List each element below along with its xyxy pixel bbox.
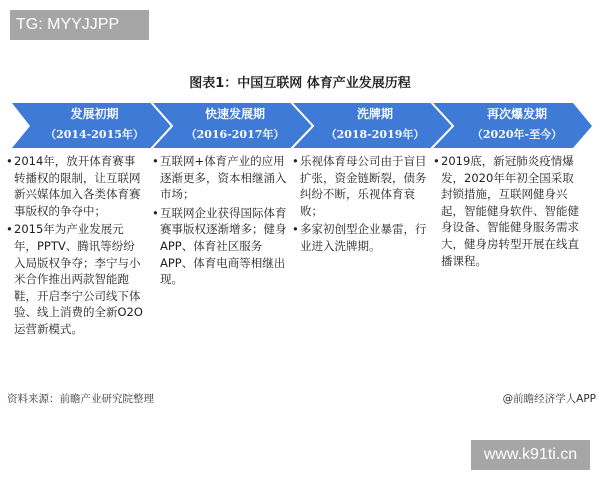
bullet-icon: • xyxy=(292,221,299,238)
bullet-text: 2015年为产业发展元年，PPTV、腾讯等纷纷入局版权争夺；李宁与小米合作推出两… xyxy=(14,222,143,336)
bullet-text: 多家初创型企业暴雷，行业进入洗牌期。 xyxy=(300,222,427,253)
phase-4-details: • 2019底，新冠肺炎疫情爆发，2020年年初全国采取封锁措施，互联网健身兴起… xyxy=(433,153,583,271)
bullet-icon: • xyxy=(292,153,299,170)
data-source-note: 资料来源：前瞻产业研究院整理 xyxy=(7,391,154,406)
top-left-tag: TG: MYYJJPP xyxy=(10,10,149,40)
phase-years: （2014-2015年） xyxy=(22,127,167,143)
phase-header-1: 发展初期 （2014-2015年） xyxy=(22,103,167,148)
bullet-item: • 互联网+体育产业的应用逐渐更多，资本相继涌入市场； xyxy=(152,153,288,203)
bullet-item: • 互联网企业获得国际体育赛事版权逐渐增多；健身APP、体育社区服务APP、体育… xyxy=(152,205,288,288)
bullet-item: • 多家初创型企业暴雷，行业进入洗牌期。 xyxy=(292,221,428,254)
phase-name: 再次爆发期 xyxy=(447,106,587,122)
phase-years: （2018-2019年） xyxy=(305,127,445,143)
bullet-item: • 2019底，新冠肺炎疫情爆发，2020年年初全国采取封锁措施，互联网健身兴起… xyxy=(433,153,583,269)
bullet-item: • 乐视体育母公司由于盲目扩张，资金链断裂，债务纠纷不断，乐视体育衰败； xyxy=(292,153,428,219)
bullet-icon: • xyxy=(6,153,13,170)
watermark-url: www.k91ti.cn xyxy=(471,440,590,470)
bullet-item: • 2015年为产业发展元年，PPTV、腾讯等纷纷入局版权争夺；李宁与小米合作推… xyxy=(6,221,146,337)
figure-title: 图表1：中国互联网 体育产业发展历程 xyxy=(0,72,600,91)
phase-name: 洗牌期 xyxy=(305,106,445,122)
phase-2-details: • 互联网+体育产业的应用逐渐更多，资本相继涌入市场； • 互联网企业获得国际体… xyxy=(152,153,288,290)
phase-1-details: • 2014年，放开体育赛事转播权的限制，让互联网新兴媒体加入各类体育赛事版权的… xyxy=(6,153,146,340)
bullet-icon: • xyxy=(433,153,440,170)
bullet-item: • 2014年，放开体育赛事转播权的限制，让互联网新兴媒体加入各类体育赛事版权的… xyxy=(6,153,146,219)
phase-header-3: 洗牌期 （2018-2019年） xyxy=(305,103,445,148)
bullet-text: 2019底，新冠肺炎疫情爆发，2020年年初全国采取封锁措施，互联网健身兴起，智… xyxy=(441,154,579,268)
bullet-text: 互联网企业获得国际体育赛事版权逐渐增多；健身APP、体育社区服务APP、体育电商… xyxy=(160,206,287,286)
bullet-icon: • xyxy=(152,153,159,170)
credit-note: @前瞻经济学人APP xyxy=(503,391,596,406)
phase-name: 发展初期 xyxy=(22,106,167,122)
bullet-icon: • xyxy=(152,205,159,222)
phase-years: （2016-2017年） xyxy=(165,127,305,143)
phase-header-4: 再次爆发期 （2020年-至今） xyxy=(447,103,587,148)
bullet-text: 2014年，放开体育赛事转播权的限制，让互联网新兴媒体加入各类体育赛事版权的争夺… xyxy=(14,154,141,218)
phase-header-2: 快速发展期 （2016-2017年） xyxy=(165,103,305,148)
bullet-text: 互联网+体育产业的应用逐渐更多，资本相继涌入市场； xyxy=(160,154,287,201)
phase-name: 快速发展期 xyxy=(165,106,305,122)
phase-years: （2020年-至今） xyxy=(447,127,587,143)
bullet-text: 乐视体育母公司由于盲目扩张，资金链断裂，债务纠纷不断，乐视体育衰败； xyxy=(300,154,427,218)
phase-3-details: • 乐视体育母公司由于盲目扩张，资金链断裂，债务纠纷不断，乐视体育衰败； • 多… xyxy=(292,153,428,257)
bullet-icon: • xyxy=(6,221,13,238)
